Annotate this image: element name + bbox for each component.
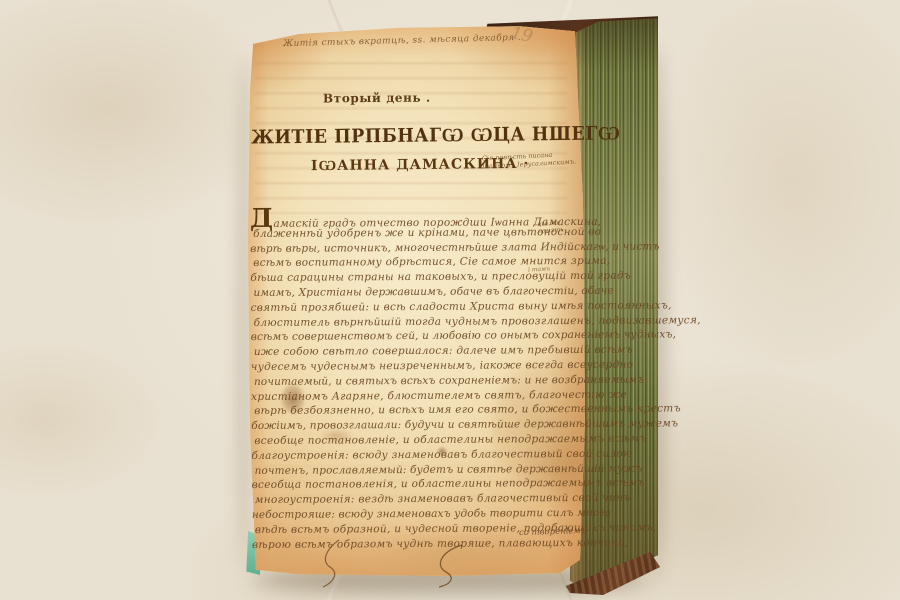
manuscript-line: благоустроенія: всюду знаменовавъ благоч… bbox=[251, 447, 573, 464]
manuscript-line: почитаемый, и святыхъ всѣхъ сохраненіемъ… bbox=[251, 373, 573, 390]
manuscript-line: имамъ, Христіаны державшимъ, обаче въ бл… bbox=[250, 284, 572, 301]
manuscript-line: небострояше: всюду знаменовахъ удобь тво… bbox=[252, 506, 574, 523]
manuscript-line: чудесемъ чудеснымъ неизреченнымъ, іакоже… bbox=[251, 358, 573, 375]
chapter-title: Житіе прпбнагѡ ѡца ншегѡ bbox=[251, 122, 621, 149]
manuscript-line: всеобще постановленіе, и областелины неп… bbox=[251, 432, 573, 449]
body-text: Дамаскій градъ отчество порождши Іѡанна … bbox=[250, 210, 574, 552]
manuscript-photo: Житія стыхъ вкратцѣ, ѕѕ. мѣсяца декабря … bbox=[0, 0, 900, 600]
manuscript-line: блаженнѣй удобренъ же и крінами, паче цв… bbox=[250, 225, 572, 242]
manuscript-line: святѣй прозябшей: и всѣ сладости Христа … bbox=[251, 299, 573, 316]
manuscript-line: Дамаскій градъ отчество порождши Іѡанна … bbox=[250, 210, 572, 227]
manuscript-line: вѣрою всѣмъ образомъ чуднѣ творяше, плав… bbox=[252, 536, 574, 553]
page-number: 19 bbox=[509, 23, 534, 47]
day-heading: Вторый день . bbox=[323, 91, 431, 106]
